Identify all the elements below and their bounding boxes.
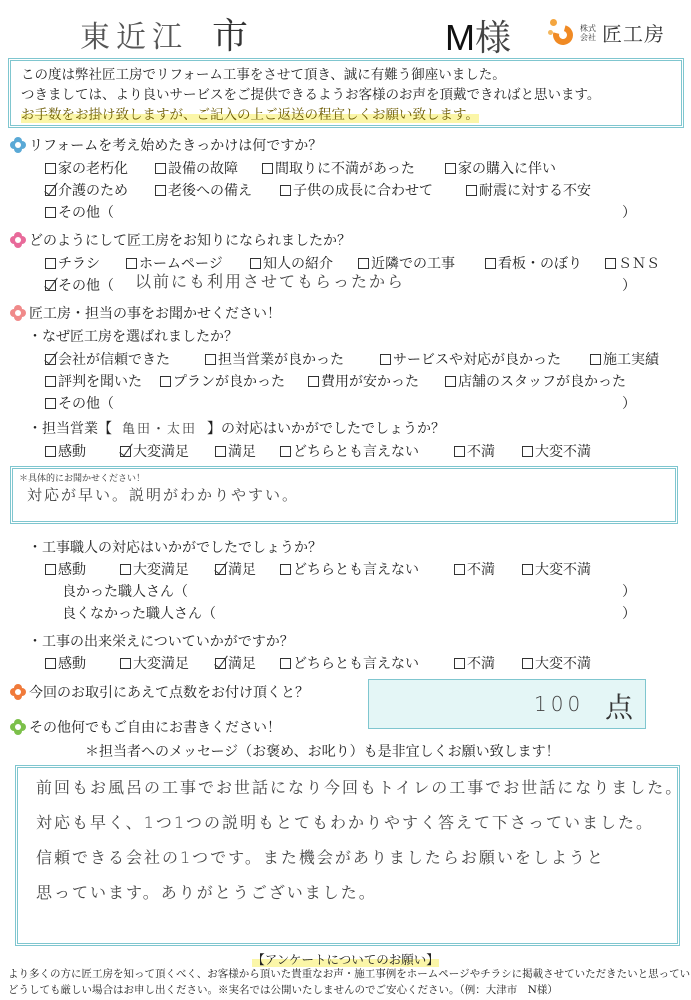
q3-title: 匠工房・担当の事をお聞かせください！: [10, 303, 281, 325]
checked-checkbox-icon: [120, 446, 131, 457]
option-checkbox[interactable]: 会社が信頼できた: [45, 349, 170, 371]
rating-checkbox[interactable]: 大変満足: [120, 653, 189, 675]
checkbox-icon: [45, 658, 56, 669]
checkbox-icon: [155, 185, 166, 196]
q1-options: 家の老朽化 設備の故障 間取りに不満があった 家の購入に伴い 介護のため 老後へ…: [0, 158, 691, 228]
option-checkbox[interactable]: 店舗のスタッフが良かった: [445, 371, 626, 393]
intro-line: お手数をお掛け致しますが、ご記入の上ご返送の程宜しくお願い致します。: [21, 105, 671, 125]
checkbox-icon: [126, 258, 137, 269]
checkbox-icon: [45, 564, 56, 575]
checkbox-icon: [590, 354, 601, 365]
detail-label: ＊具体的にお聞かせください！: [19, 471, 669, 484]
score-box[interactable]: 100 点: [368, 679, 646, 729]
flower-icon: [10, 305, 26, 321]
option-checkbox[interactable]: 子供の成長に合わせて: [280, 180, 433, 202]
q1-title: リフォームを考え始めたきっかけは何ですか？: [10, 135, 322, 157]
checkbox-icon: [280, 446, 291, 457]
flower-icon: [10, 137, 26, 153]
option-checkbox[interactable]: 間取りに不満があった: [262, 158, 415, 180]
option-checkbox[interactable]: 担当営業が良かった: [205, 349, 344, 371]
free-comment-box[interactable]: 前回もお風呂の工事でお世話になり今回もトイレの工事でお世話になりました。 対応も…: [15, 765, 680, 946]
close-paren: ）: [622, 275, 636, 297]
checkbox-icon: [605, 258, 616, 269]
close-paren: ）: [622, 603, 636, 625]
customer-honorific: 様: [475, 18, 511, 59]
checkbox-icon: [45, 207, 56, 218]
rating-checkbox[interactable]: 感動: [45, 441, 86, 463]
city-handwritten[interactable]: 東近江: [80, 12, 188, 56]
logo-company-name: 匠工房: [602, 18, 665, 47]
company-logo: 株式会社 匠工房: [548, 18, 665, 47]
intro-box: この度は弊社匠工房でリフォーム工事をさせて頂き、誠に有難う御座いました。 つきま…: [8, 58, 684, 128]
checked-checkbox-icon: [215, 658, 226, 669]
option-checkbox[interactable]: 設備の故障: [155, 158, 238, 180]
checked-checkbox-icon: [45, 280, 56, 291]
option-checkbox[interactable]: サービスや対応が良かった: [380, 349, 561, 371]
rating-checkbox[interactable]: どちらとも言えない: [280, 559, 419, 581]
q2-options: チラシ ホームページ 知人の紹介 近隣での工事 看板・のぼり ＳＮＳ その他（ …: [0, 253, 691, 301]
checkbox-icon: [485, 258, 496, 269]
sales-title: ・担当営業【亀田・太田】の対応はいかがでしたでしょうか？: [28, 418, 445, 441]
sales-rating-options: 感動 大変満足 満足 どちらとも言えない 不満 大変不満: [0, 441, 691, 463]
sales-detail-box[interactable]: ＊具体的にお聞かせください！ 対応が早い。説明がわかりやすい。: [10, 466, 678, 524]
checkbox-icon: [120, 658, 131, 669]
rating-checkbox[interactable]: どちらとも言えない: [280, 441, 419, 463]
checkbox-icon: [45, 446, 56, 457]
option-checkbox[interactable]: 家の老朽化: [45, 158, 128, 180]
option-checkbox[interactable]: チラシ: [45, 253, 100, 275]
checkbox-icon: [454, 564, 465, 575]
flower-icon: [10, 719, 26, 735]
craftsmen-title: ・工事職人の対応はいかがでしたでしょうか？: [28, 537, 322, 559]
option-checkbox[interactable]: 老後への備え: [155, 180, 252, 202]
rating-checkbox[interactable]: 大変満足: [120, 441, 189, 463]
checkbox-icon: [522, 564, 533, 575]
quality-rating-options: 感動 大変満足 満足 どちらとも言えない 不満 大変不満: [0, 653, 691, 675]
logo-mark-icon: [548, 19, 576, 47]
option-checkbox[interactable]: ＳＮＳ: [605, 253, 660, 275]
checkbox-icon: [522, 658, 533, 669]
checkbox-icon: [45, 258, 56, 269]
free-comment-handwritten[interactable]: 前回もお風呂の工事でお世話になり今回もトイレの工事でお世話になりました。 対応も…: [36, 770, 659, 910]
checkbox-icon: [205, 354, 216, 365]
customer-name: M様: [445, 10, 511, 61]
close-paren: ）: [622, 393, 636, 415]
checkbox-icon: [262, 163, 273, 174]
checkbox-icon: [308, 376, 319, 387]
why-title: ・なぜ匠工房を選ばれましたか？: [28, 326, 238, 348]
option-checkbox[interactable]: 費用が安かった: [308, 371, 419, 393]
checkbox-icon: [45, 376, 56, 387]
footer-line: どうしても厳しい場合はお申し出ください。※実名では公開いたしませんのでご安心くだ…: [8, 982, 558, 999]
option-checkbox[interactable]: 施工実績: [590, 349, 659, 371]
footer-line: より多くの方に匠工房を知って頂くべく、お客様から頂いた貴重なお声・施工事例をホー…: [8, 966, 691, 983]
good-craftsman-label: 良かった職人さん（: [62, 581, 188, 603]
option-checkbox-other[interactable]: その他（: [45, 202, 114, 224]
checkbox-icon: [522, 446, 533, 457]
city-suffix: 市: [212, 8, 248, 59]
flower-icon: [10, 684, 26, 700]
rating-checkbox[interactable]: 感動: [45, 559, 86, 581]
checkbox-icon: [380, 354, 391, 365]
checkbox-icon: [45, 398, 56, 409]
intro-line: この度は弊社匠工房でリフォーム工事をさせて頂き、誠に有難う御座いました。: [21, 65, 671, 85]
checkbox-icon: [358, 258, 369, 269]
rating-checkbox[interactable]: どちらとも言えない: [280, 653, 419, 675]
rating-checkbox[interactable]: 大変満足: [120, 559, 189, 581]
checkbox-icon: [45, 163, 56, 174]
flower-icon: [10, 232, 26, 248]
logo-kabushiki: 株式会社: [580, 24, 598, 42]
detail-value-handwritten[interactable]: 対応が早い。説明がわかりやすい。: [27, 484, 669, 505]
checkbox-icon: [280, 564, 291, 575]
why-options: 会社が信頼できた 担当営業が良かった サービスや対応が良かった 施工実績 評判を…: [0, 349, 691, 415]
option-checkbox[interactable]: プランが良かった: [160, 371, 285, 393]
intro-line: つきましては、より良いサービスをご提供できるようお客様のお声を頂戴できればと思い…: [21, 85, 671, 105]
quality-title: ・工事の出来栄えについていかがですか？: [28, 631, 294, 653]
rating-checkbox[interactable]: 不満: [454, 441, 495, 463]
rating-checkbox[interactable]: 大変不満: [522, 653, 591, 675]
checked-checkbox-icon: [45, 185, 56, 196]
checkbox-icon: [160, 376, 171, 387]
q2-title: どのようにして匠工房をお知りになられましたか？: [10, 230, 351, 252]
rating-checkbox[interactable]: 大変不満: [522, 559, 591, 581]
rating-checkbox[interactable]: 満足: [215, 653, 256, 675]
checkbox-icon: [120, 564, 131, 575]
score-title: 今回のお取引にあえて点数をお付け頂くと？: [10, 682, 309, 704]
option-checkbox[interactable]: 介護のため: [45, 180, 128, 202]
customer-initial[interactable]: M: [445, 17, 475, 58]
checkbox-icon: [250, 258, 261, 269]
option-checkbox-other[interactable]: その他（: [45, 275, 114, 297]
rating-checkbox[interactable]: 感動: [45, 653, 86, 675]
free-subtitle: ＊担当者へのメッセージ（お褒め、お叱り）も是非宜しくお願い致します！: [85, 741, 560, 763]
option-checkbox[interactable]: 看板・のぼり: [485, 253, 582, 275]
option-checkbox-other[interactable]: その他（: [45, 393, 114, 415]
checked-checkbox-icon: [215, 564, 226, 575]
free-title: その他何でもご自由にお書きください！: [10, 717, 281, 739]
checkbox-icon: [280, 185, 291, 196]
rating-checkbox[interactable]: 満足: [215, 559, 256, 581]
checkbox-icon: [215, 446, 226, 457]
score-value-handwritten[interactable]: 100: [534, 692, 584, 716]
checkbox-icon: [155, 163, 166, 174]
option-checkbox[interactable]: 家の購入に伴い: [445, 158, 556, 180]
staff-names-handwritten[interactable]: 亀田・太田: [112, 419, 207, 441]
rating-checkbox[interactable]: 不満: [454, 559, 495, 581]
checkbox-icon: [280, 658, 291, 669]
close-paren: ）: [622, 581, 636, 603]
checkbox-icon: [466, 185, 477, 196]
checkbox-icon: [445, 376, 456, 387]
close-paren: ）: [622, 202, 636, 224]
checked-checkbox-icon: [45, 354, 56, 365]
rating-checkbox[interactable]: 満足: [215, 441, 256, 463]
option-checkbox[interactable]: 耐震に対する不安: [466, 180, 591, 202]
bad-craftsman-label: 良くなかった職人さん（: [62, 603, 216, 625]
craftsmen-rating-options: 感動 大変満足 満足 どちらとも言えない 不満 大変不満 良かった職人さん（ ）…: [0, 559, 691, 625]
option-checkbox[interactable]: 評判を聞いた: [45, 371, 142, 393]
checkbox-icon: [445, 163, 456, 174]
rating-checkbox[interactable]: 大変不満: [522, 441, 591, 463]
other-value-handwritten[interactable]: 以前にも利用させてもらったから: [135, 271, 405, 293]
score-unit: 点: [605, 686, 633, 726]
checkbox-icon: [454, 658, 465, 669]
rating-checkbox[interactable]: 不満: [454, 653, 495, 675]
checkbox-icon: [454, 446, 465, 457]
